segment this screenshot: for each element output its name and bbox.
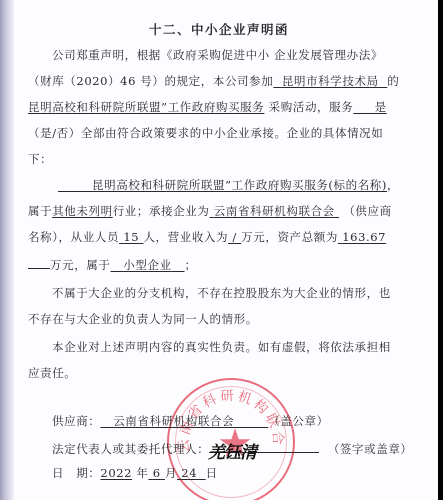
blank-underline xyxy=(28,256,50,269)
date-line: 日 期：2022 年 6 月 24 日 xyxy=(52,466,218,480)
date-year: 2022 xyxy=(100,466,132,480)
para2-line4: 万元，属于 小型企业 ； xyxy=(28,256,197,272)
para4-line2: 应责任。 xyxy=(28,366,76,380)
page-edge-shadow xyxy=(0,0,14,500)
company-field: 云南省科研机构联合会 xyxy=(210,204,340,218)
enterprise-type-field: 小型企业 xyxy=(111,258,185,272)
para3-line2: 不存在与大企业的负责人为同一人的情形。 xyxy=(28,312,258,326)
project-name: 昆明高校和科研院所联盟”工作政府购买服务 xyxy=(28,100,264,114)
para2-line2: 属于其他未列明行业；承接企业为 云南省科研机构联合会 （供应商 xyxy=(28,204,392,218)
para4-line1: 本企业对上述声明内容的真实性负责。如有虚假，将依法承担相 xyxy=(52,340,391,354)
text: （财库（2020）46 号）的规定，本公司参加 xyxy=(28,74,273,88)
date-day: 24 xyxy=(177,466,206,480)
revenue-field: / xyxy=(228,230,241,244)
date-label: 日 期： xyxy=(52,466,100,480)
scanned-page: 十二、中小企业声明函 公司郑重声明，根据《政府采购促进中小 企业发展管理办法》 … xyxy=(0,0,438,500)
staff-field: 15 xyxy=(119,230,143,244)
document-title: 十二、中小企业声明函 xyxy=(0,20,438,38)
buyer-name: 昆明市科学技术局 xyxy=(273,74,387,88)
supplier-value: 云南省科研机构联合会 xyxy=(100,414,268,428)
para3-line1: 不属于大企业的分支机构，不存在控股股东为大企业的情形，也 xyxy=(52,286,391,300)
rep-note: （签字或盖章） xyxy=(328,442,413,456)
scan-border xyxy=(438,0,443,500)
text: 的 xyxy=(387,74,399,88)
text: 采购活动，服务 xyxy=(269,100,354,114)
supplier-line: 供应商： 云南省科研机构联合会 （盖公章） xyxy=(52,414,329,428)
assets-field: 163.67 xyxy=(338,230,386,244)
supplier-note: （盖公章） xyxy=(268,414,329,428)
date-month: 6 xyxy=(148,466,164,480)
para1-line3: 昆明高校和科研院所联盟”工作政府购买服务 采购活动，服务 是 xyxy=(28,100,387,114)
handwritten-signature: 羌钰清 xyxy=(208,438,256,463)
subject-name: 昆明高校和科研院所联盟”工作政府购买服务(标的名称) xyxy=(58,178,387,192)
industry-field: 其他未列明 xyxy=(52,204,113,218)
para1-line4: （是/否）全部由符合政策要求的中小企业承接。企业的具体情况如 xyxy=(28,126,383,140)
para1-line1: 公司郑重声明，根据《政府采购促进中小 企业发展管理办法》 xyxy=(52,48,383,62)
rep-label: 法定代表人或其委托代理人： xyxy=(52,442,209,456)
para2-line3: 名称），从业人员 15 人，营业收入为 / 万元，资产总额为 163.67 xyxy=(28,230,386,244)
para2-line1: 昆明高校和科研院所联盟”工作政府购买服务(标的名称)， xyxy=(58,178,399,192)
answer-field: 是 xyxy=(353,100,386,114)
para1-line5: 下： xyxy=(28,152,52,166)
para1-line2: （财库（2020）46 号）的规定，本公司参加 昆明市科学技术局 的 xyxy=(28,74,399,88)
supplier-label: 供应商： xyxy=(52,414,100,428)
